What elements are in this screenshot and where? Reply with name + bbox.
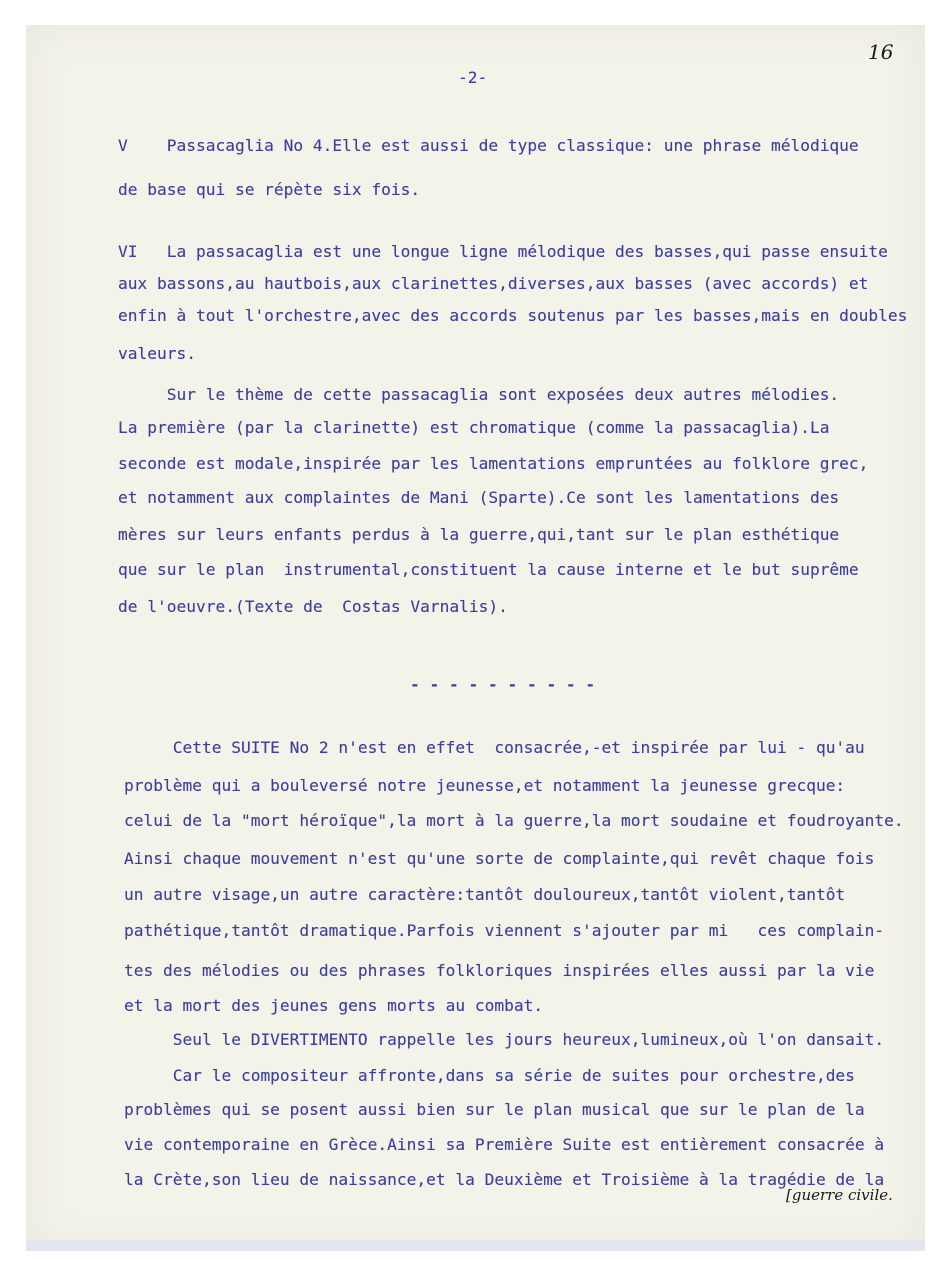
suite-paragraph-line: Ainsi chaque mouvement n'est qu'une sort… (124, 849, 874, 869)
suite-paragraph-line: celui de la "mort héroïque",la mort à la… (124, 811, 904, 831)
theme-paragraph-line: de l'oeuvre.(Texte de Costas Varnalis). (118, 597, 508, 617)
suite-paragraph-line: problème qui a bouleversé notre jeunesse… (124, 776, 845, 796)
section-v-line: V Passacaglia No 4.Elle est aussi de typ… (118, 136, 859, 156)
divertimento-line: Seul le DIVERTIMENTO rappelle les jours … (124, 1030, 884, 1050)
section-vi-line: VI La passacaglia est une longue ligne m… (118, 242, 888, 262)
theme-paragraph-line: seconde est modale,inspirée par les lame… (118, 454, 868, 474)
theme-paragraph-line: mères sur leurs enfants perdus à la guer… (118, 525, 839, 545)
theme-paragraph-line: La première (par la clarinette) est chro… (118, 418, 829, 438)
compositeur-paragraph-line: la Crète,son lieu de naissance,et la Deu… (124, 1170, 884, 1190)
section-v-line: de base qui se répète six fois. (118, 180, 420, 200)
suite-paragraph-line: et la mort des jeunes gens morts au comb… (124, 996, 543, 1016)
section-vi-line: aux bassons,au hautbois,aux clarinettes,… (118, 274, 868, 294)
typed-page-number: -2- (458, 68, 487, 88)
compositeur-paragraph-line: problèmes qui se posent aussi bien sur l… (124, 1100, 865, 1120)
handwritten-annotation: [guerre civile. (786, 1186, 893, 1204)
suite-paragraph-line: pathétique,tantôt dramatique.Parfois vie… (124, 921, 884, 941)
suite-paragraph-line: tes des mélodies ou des phrases folklori… (124, 961, 874, 981)
suite-paragraph-line: un autre visage,un autre caractère:tantô… (124, 885, 845, 905)
compositeur-paragraph-line: Car le compositeur affronte,dans sa séri… (124, 1066, 855, 1086)
compositeur-paragraph-line: vie contemporaine en Grèce.Ainsi sa Prem… (124, 1135, 884, 1155)
section-vi-line: valeurs. (118, 344, 196, 364)
theme-paragraph-line: Sur le thème de cette passacaglia sont e… (118, 385, 839, 405)
theme-paragraph-line: que sur le plan instrumental,constituent… (118, 560, 859, 580)
section-vi-line: enfin à tout l'orchestre,avec des accord… (118, 306, 907, 326)
handwritten-page-number: 16 (868, 40, 893, 64)
suite-paragraph-line: Cette SUITE No 2 n'est en effet consacré… (124, 738, 865, 758)
section-divider: - - - - - - - - - - (410, 675, 595, 694)
page-bottom-edge (26, 1240, 925, 1251)
theme-paragraph-line: et notamment aux complaintes de Mani (Sp… (118, 488, 839, 508)
